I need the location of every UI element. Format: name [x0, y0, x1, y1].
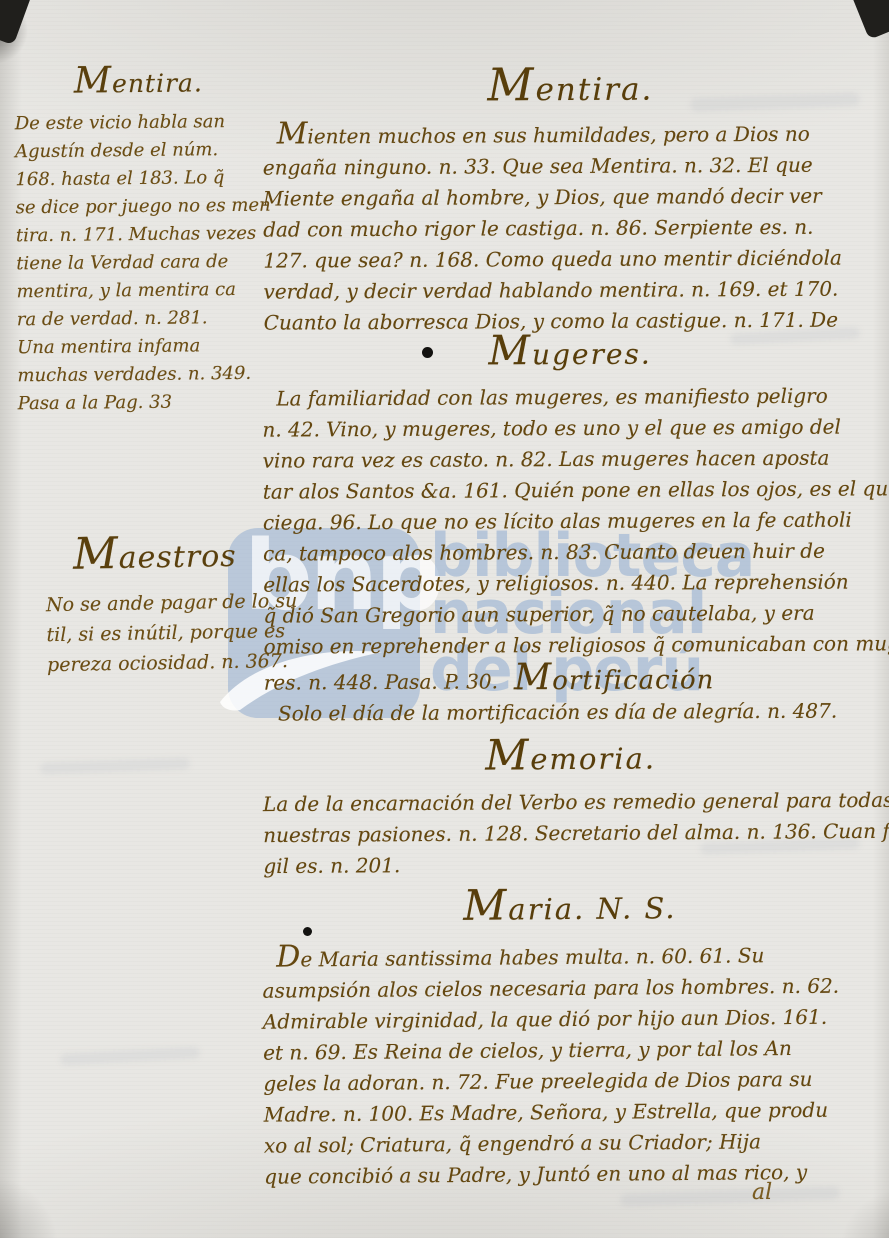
- manuscript-line: No se ande pagar de lo su: [46, 586, 298, 620]
- manuscript-scan-page: bnp biblioteca nacional del perú Mentira…: [0, 0, 889, 1238]
- manuscript-line: ra de verdad. n. 281.: [17, 304, 265, 335]
- manuscript-line: n. 42. Vino, y mugeres, todo es uno y el…: [262, 411, 878, 445]
- manuscript-line: 127. que sea? n. 168. Como queda uno men…: [263, 242, 879, 276]
- section-heading-memoria: Memoria.: [262, 728, 878, 781]
- manuscript-line: Una mentira infama: [17, 332, 265, 363]
- manuscript-line: verdad, y decir verdad hablando mentira.…: [263, 273, 879, 307]
- manuscript-line: Mienten muchos en sus humildades, pero a…: [263, 115, 879, 152]
- manuscript-line: ciega. 96. Lo que no es lícito alas muge…: [263, 504, 879, 538]
- section-heading-mortificacion: Mortificación: [514, 660, 715, 697]
- margin-annotations: Mentira. De este vicio habla san Agustín…: [16, 58, 264, 417]
- manuscript-line: res. n. 448. Pasa. P. 30. Mortificación: [264, 659, 880, 698]
- manuscript-line: Solo el día de la mortificación es día d…: [264, 695, 880, 729]
- section-mentira: Mentira. Mienten muchos en sus humildade…: [262, 56, 879, 338]
- manuscript-line: De este vicio habla san: [15, 108, 263, 139]
- manuscript-line: dad con mucho rigor le castiga. n. 86. S…: [263, 211, 879, 245]
- section-mugeres: Mugeres. La familiaridad con las mugeres…: [262, 324, 880, 729]
- section-maria: Maria. N. S. De Maria santissima habes m…: [262, 877, 881, 1192]
- bleed-through-smudge: [40, 757, 190, 774]
- section-heading-mentira: Mentira.: [262, 56, 878, 112]
- manuscript-line: vino rara vez es casto. n. 82. Las muger…: [263, 442, 879, 476]
- text-run: res. n. 448. Pasa. P. 30.: [264, 666, 498, 698]
- manuscript-line: til, si es inútil, porque es: [46, 616, 298, 650]
- manuscript-line: omiso en reprehender a los religiosos q̃…: [264, 628, 880, 662]
- manuscript-line: Pasa a la Pag. 33: [18, 388, 266, 419]
- ink-blot: [422, 347, 433, 358]
- section-memoria: Memoria. La de la encarnación del Verbo …: [262, 728, 879, 882]
- scan-corner-shadow: [0, 0, 36, 45]
- section-heading-mugeres: Mugeres.: [262, 324, 878, 375]
- catchword: al: [752, 1180, 772, 1205]
- manuscript-line: Miente engaña al hombre, y Dios, que man…: [263, 180, 879, 214]
- ink-blot: [303, 927, 312, 936]
- manuscript-line: ellas los Sacerdotes, y religiosos. n. 4…: [263, 566, 879, 600]
- manuscript-line: tiene la Verdad cara de: [16, 248, 264, 279]
- bleed-through-smudge: [60, 1046, 200, 1065]
- manuscript-line: que concibió a su Padre, y Juntó en uno …: [264, 1156, 880, 1192]
- manuscript-line: nuestras pasiones. n. 128. Secretario de…: [263, 816, 879, 851]
- manuscript-line: Madre. n. 100. Es Madre, Señora, y Estre…: [264, 1094, 880, 1130]
- margin-note-mentira: Mentira. De este vicio habla san Agustín…: [14, 57, 266, 419]
- manuscript-line: 168. hasta el 183. Lo q̃: [15, 164, 263, 195]
- manuscript-line: mentira, y la mentira ca: [16, 276, 264, 307]
- section-heading-maria: Maria. N. S.: [262, 877, 878, 931]
- manuscript-line: De Maria santissima habes multa. n. 60. …: [262, 936, 878, 975]
- scan-corner-shadow: [848, 0, 889, 40]
- manuscript-line: La familiaridad con las mugeres, es mani…: [262, 380, 878, 414]
- margin-heading-mentira: Mentira.: [14, 57, 262, 103]
- manuscript-line: muchas verdades. n. 349.: [17, 360, 265, 391]
- manuscript-line: gil es. n. 201.: [263, 847, 879, 882]
- manuscript-line: se dice por juego no es men: [16, 192, 264, 223]
- margin-note-maestros: Maestros No se ande pagar de lo su til, …: [45, 526, 299, 680]
- manuscript-line: pereza ociosidad. n. 367.: [47, 646, 299, 680]
- manuscript-line: tira. n. 171. Muchas vezes: [16, 220, 264, 251]
- manuscript-line: ca, tampoco alos hombres. n. 83. Cuanto …: [263, 535, 879, 569]
- manuscript-line: tar alos Santos &a. 161. Quién pone en e…: [263, 473, 879, 507]
- manuscript-line: La de la encarnación del Verbo es remedi…: [263, 785, 879, 820]
- manuscript-line: q̃ dió San Gregorio aun superior, q̃ no …: [263, 597, 879, 631]
- manuscript-line: engaña ninguno. n. 33. Que sea Mentira. …: [263, 149, 879, 183]
- manuscript-line: Agustín desde el núm.: [15, 136, 263, 167]
